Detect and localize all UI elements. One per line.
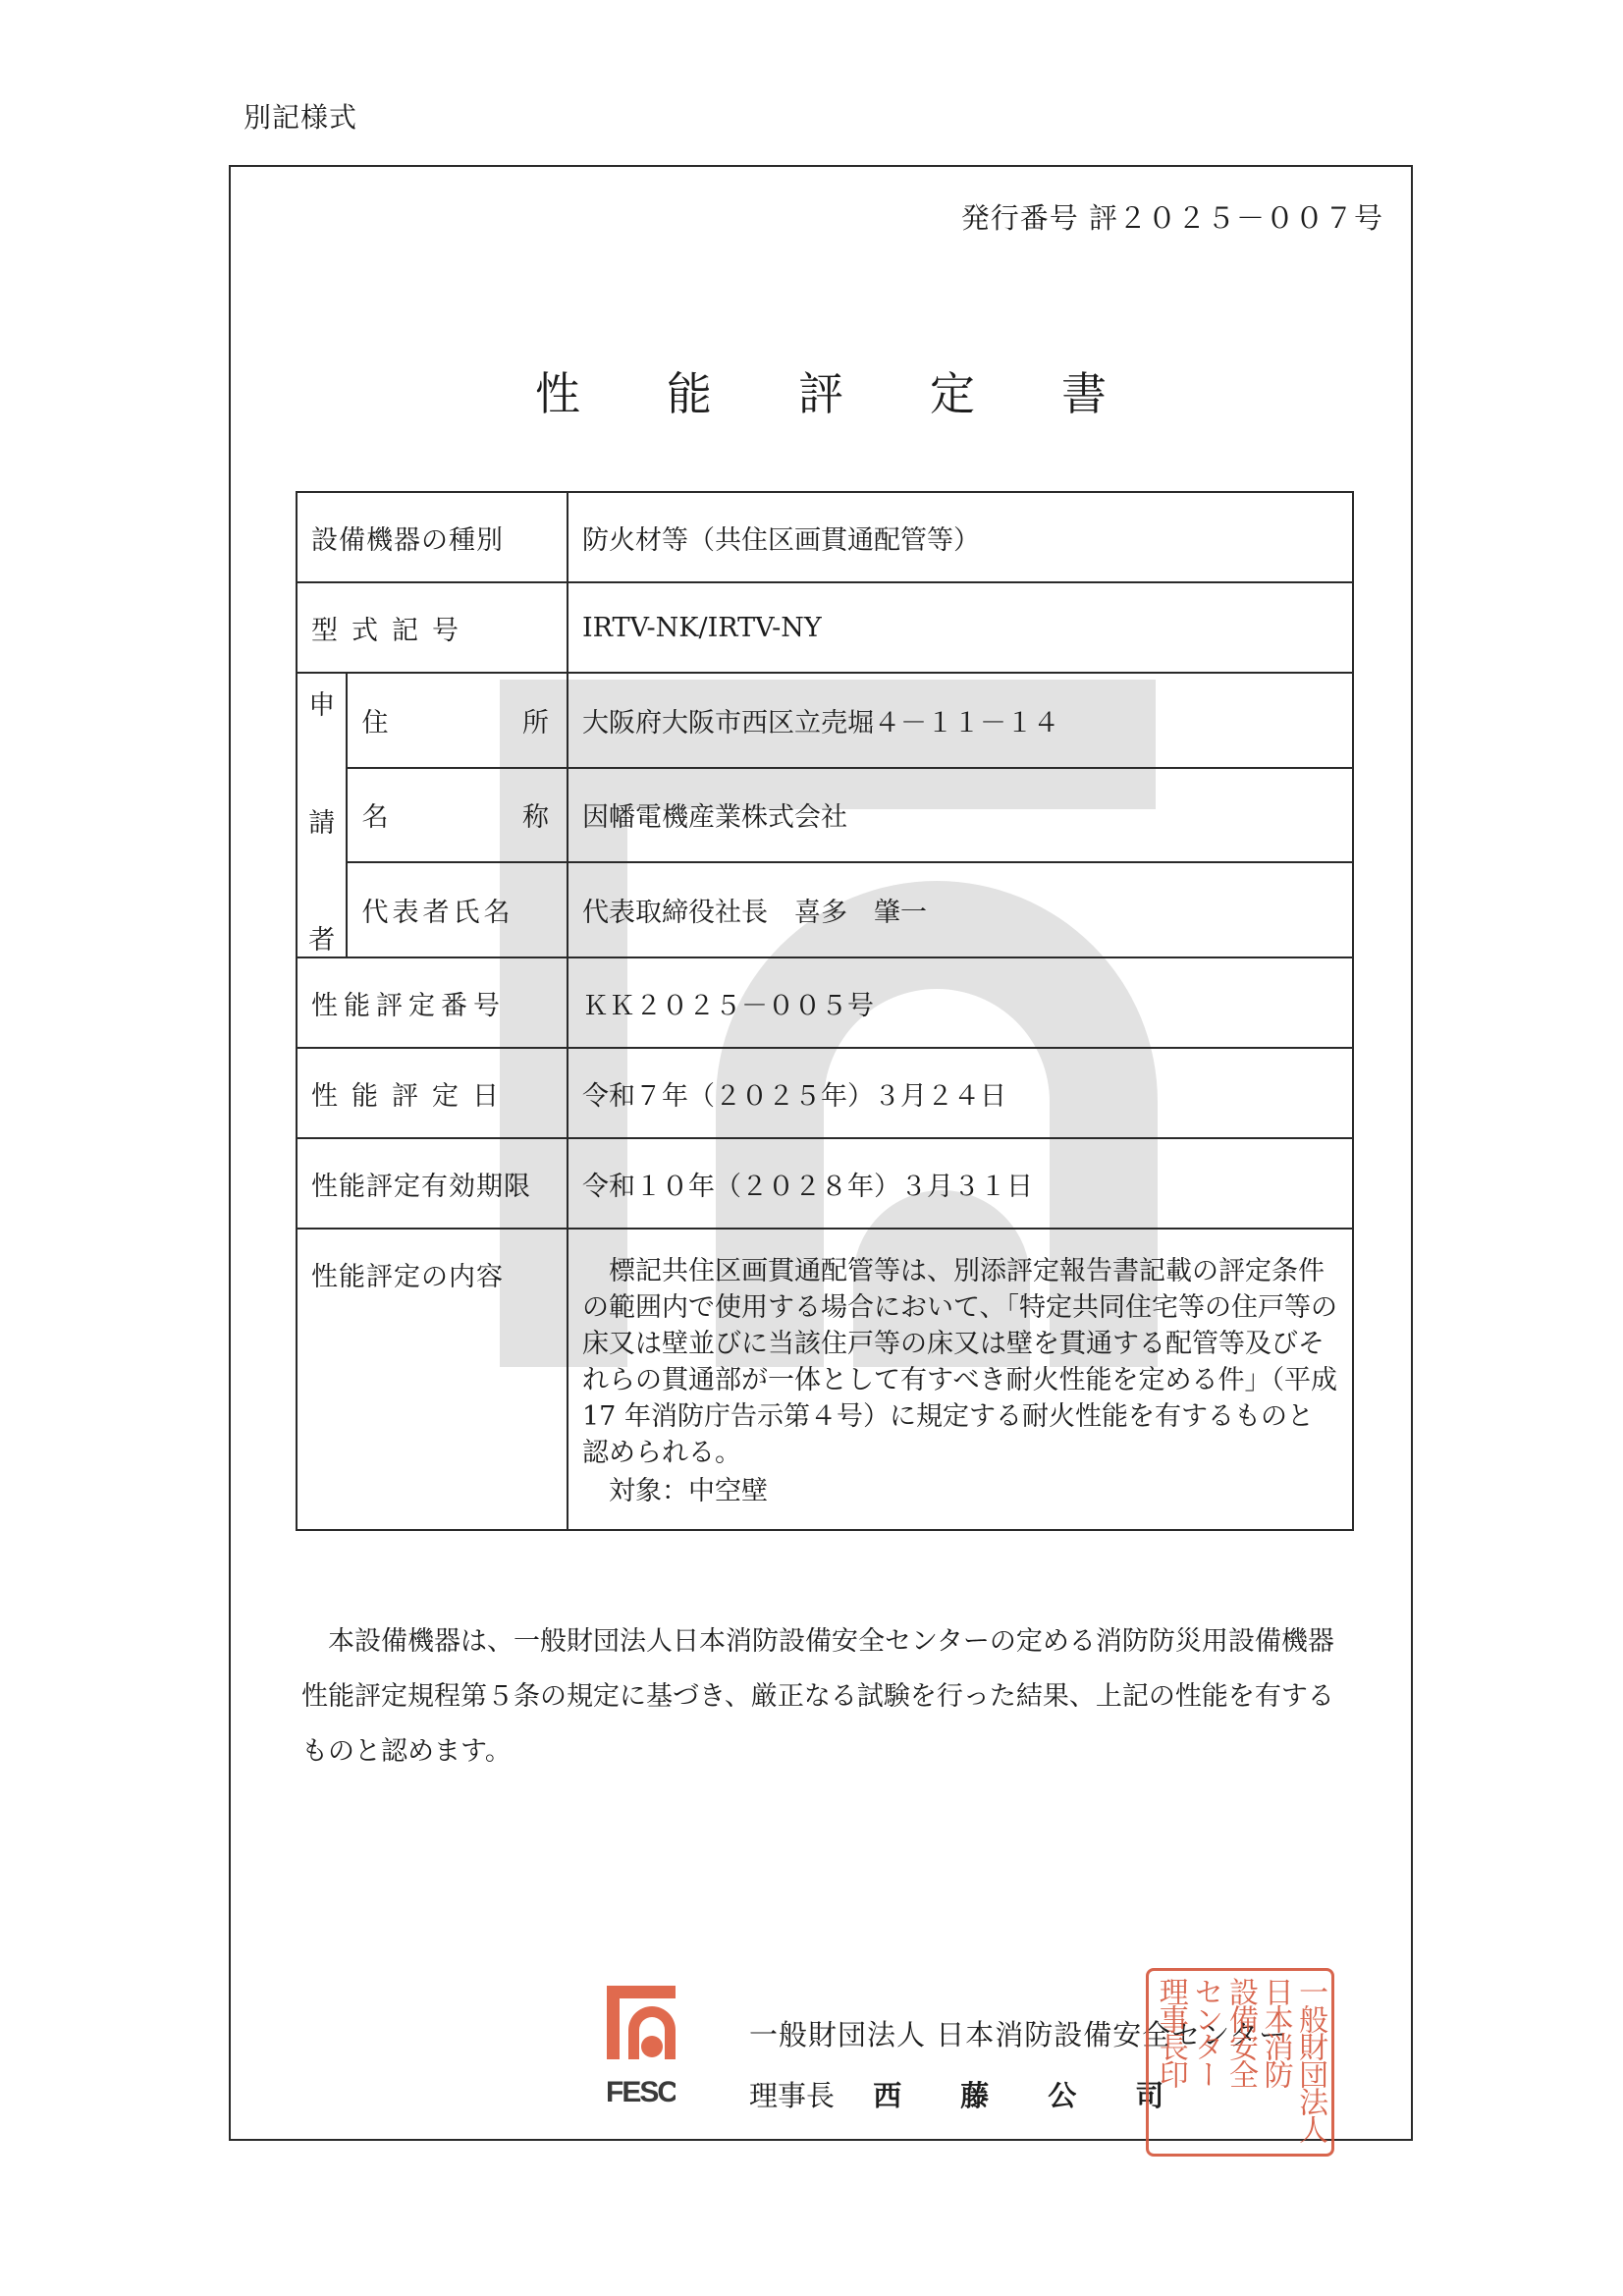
expiry-value: 令和１０年（２０２８年）３月３１日: [568, 1138, 1353, 1229]
evaluation-number-value: ＫＫ２０２５－００５号: [568, 957, 1353, 1048]
content-label: 性能評定の内容: [297, 1229, 568, 1530]
expiry-label: 性能評定有効期限: [297, 1138, 568, 1229]
seal-column: センター: [1188, 1977, 1221, 2148]
document-title: 性能評定書: [231, 358, 1411, 423]
form-label: 別記様式: [243, 96, 357, 136]
seal-column: 一般財団法人: [1293, 1977, 1326, 2148]
title-char: 定: [930, 358, 975, 423]
model-code-value: IRTV-NK/IRTV-NY: [568, 582, 1353, 673]
title-char: 能: [667, 358, 712, 423]
address-value: 大阪府大阪市西区立売堀４－１１－１４: [568, 673, 1353, 768]
official-seal-icon: 一般財団法人 日本消防 設備安全 センター 理事長印: [1146, 1968, 1334, 2157]
seal-column: 理事長印: [1154, 1977, 1187, 2148]
chair-title: 理事長: [749, 2079, 835, 2112]
title-char: 性: [535, 358, 580, 423]
name-value: 因幡電機産業株式会社: [568, 768, 1353, 863]
fesc-logo-icon: FESC: [607, 1986, 676, 2108]
applicant-char: 申: [307, 683, 336, 722]
title-char: 評: [798, 358, 843, 423]
row-applicant-address: 申 請 者 住 所 大阪府大阪市西区立売堀４－１１－１４: [297, 673, 1353, 768]
seal-column: 設備安全: [1223, 1977, 1257, 2148]
row-expiry: 性能評定有効期限 令和１０年（２０２８年）３月３１日: [297, 1138, 1353, 1229]
row-model-code: 型式記号 IRTV-NK/IRTV-NY: [297, 582, 1353, 673]
row-evaluation-date: 性能評定日 令和７年（２０２５年）３月２４日: [297, 1048, 1353, 1138]
row-evaluation-number: 性能評定番号 ＫＫ２０２５－００５号: [297, 957, 1353, 1048]
content-value: 標記共住区画貫通配管等は、別添評定報告書記載の評定条件の範囲内で使用する場合にお…: [568, 1229, 1353, 1530]
address-label: 住 所: [347, 673, 568, 768]
certification-statement: 本設備機器は、一般財団法人日本消防設備安全センターの定める消防防災用設備機器性能…: [301, 1614, 1342, 1779]
applicant-char: 者: [307, 918, 336, 957]
certificate-frame: 発行番号 評２０２５－００７号 性能評定書 設備機器の種別 防火材等（共住区画貫…: [229, 165, 1413, 2141]
evaluation-number-label: 性能評定番号: [297, 957, 568, 1048]
signature-block: FESC 一般財団法人 日本消防設備安全センター 理事長 西藤公司 一般財団法人…: [231, 1964, 1411, 2141]
evaluation-table: 設備機器の種別 防火材等（共住区画貫通配管等） 型式記号 IRTV-NK/IRT…: [296, 491, 1354, 1531]
equipment-type-label: 設備機器の種別: [297, 492, 568, 582]
evaluation-date-label: 性能評定日: [297, 1048, 568, 1138]
row-representative: 代表者氏名 代表取締役社長 喜多 肇一: [297, 862, 1353, 957]
content-target: 対象：中空壁: [582, 1473, 1338, 1509]
row-applicant-name: 名 称 因幡電機産業株式会社: [297, 768, 1353, 863]
applicant-char: 請: [307, 801, 336, 840]
equipment-type-value: 防火材等（共住区画貫通配管等）: [568, 492, 1353, 582]
evaluation-date-value: 令和７年（２０２５年）３月２４日: [568, 1048, 1353, 1138]
representative-value: 代表取締役社長 喜多 肇一: [568, 862, 1353, 957]
title-char: 書: [1061, 358, 1107, 423]
row-equipment-type: 設備機器の種別 防火材等（共住区画貫通配管等）: [297, 492, 1353, 582]
model-code-label: 型式記号: [297, 582, 568, 673]
content-body: 標記共住区画貫通配管等は、別添評定報告書記載の評定条件の範囲内で使用する場合にお…: [582, 1253, 1338, 1471]
issue-number: 発行番号 評２０２５－００７号: [961, 196, 1383, 237]
svg-text:FESC: FESC: [607, 2076, 676, 2108]
seal-column: 日本消防: [1259, 1977, 1292, 2148]
name-label: 名 称: [347, 768, 568, 863]
applicant-group-label: 申 請 者: [297, 673, 347, 957]
row-content: 性能評定の内容 標記共住区画貫通配管等は、別添評定報告書記載の評定条件の範囲内で…: [297, 1229, 1353, 1530]
representative-label: 代表者氏名: [347, 862, 568, 957]
